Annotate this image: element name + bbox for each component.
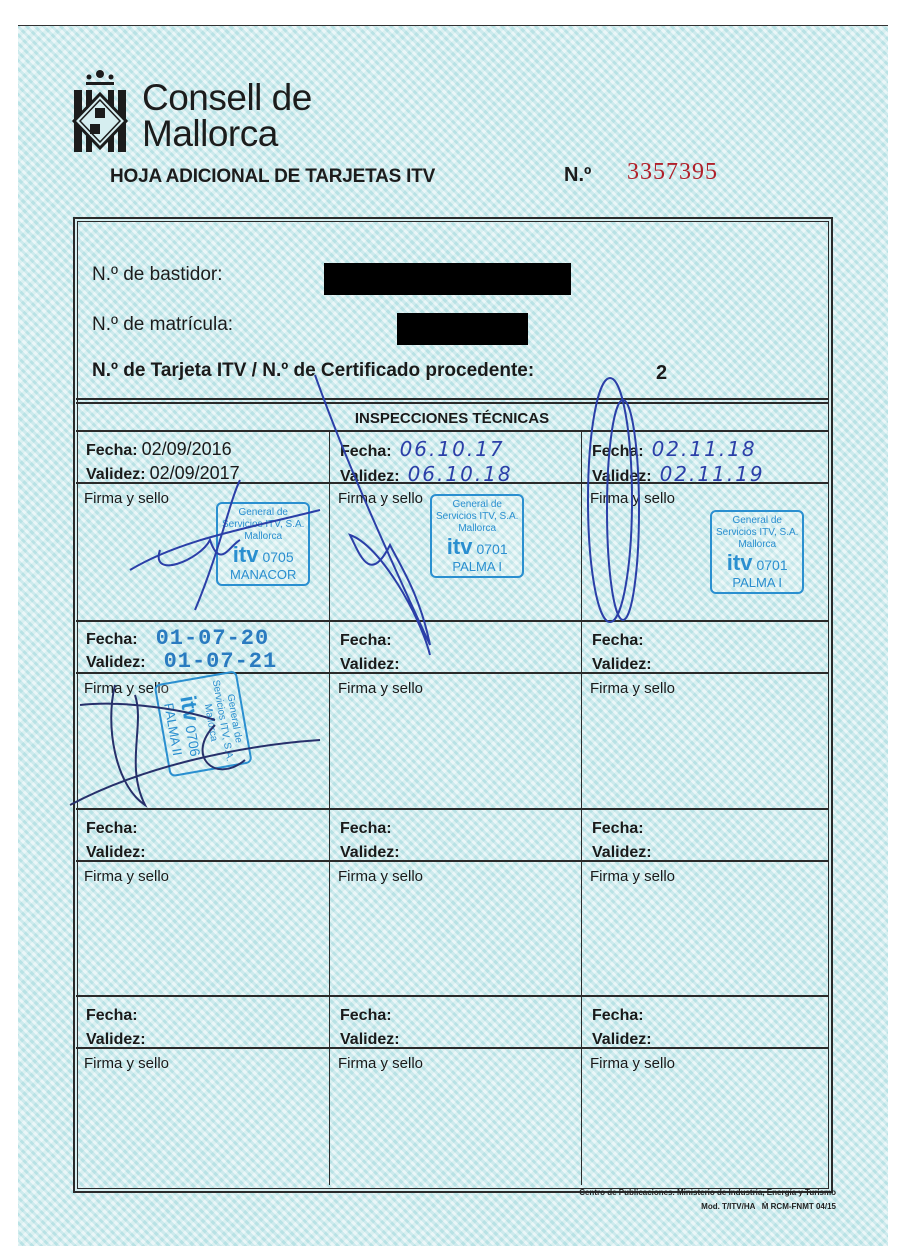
fecha-label: Fecha: bbox=[340, 1007, 392, 1024]
firma-label: Firma y sello bbox=[590, 490, 675, 507]
dates-block: Fecha:06.10.17 Validez:06.10.18 bbox=[340, 438, 513, 488]
itv-stamp: General de Servicios ITV, S.A. Mallorca … bbox=[710, 510, 804, 594]
firma-label: Firma y sello bbox=[338, 490, 423, 507]
validez-label: Validez: bbox=[86, 466, 146, 483]
serial-number-label: N.º bbox=[564, 164, 591, 187]
stamp-line-2: Servicios ITV, S.A. bbox=[222, 519, 304, 531]
stamp-line-2: Servicios ITV, S.A. bbox=[716, 527, 798, 539]
fnmt-mark-icon: M̊ bbox=[762, 1202, 769, 1211]
inspection-cell: Fecha:01-07-20 Validez:01-07-21 Firma y … bbox=[76, 622, 330, 808]
inspection-cell: Fecha: Validez: Firma y sello bbox=[330, 810, 582, 995]
divider bbox=[76, 398, 828, 400]
firma-label: Firma y sello bbox=[338, 868, 423, 885]
matricula-label: N.º de matrícula: bbox=[92, 314, 233, 336]
fecha-label: Fecha: bbox=[592, 632, 644, 649]
inspection-row: Fecha: Validez: Firma y sello Fecha: Val… bbox=[76, 997, 828, 1185]
validez-label: Validez: bbox=[86, 844, 146, 861]
divider bbox=[582, 860, 828, 862]
validez-value: 02/09/2017 bbox=[150, 463, 240, 483]
itv-logo-icon: itv0701 bbox=[436, 535, 518, 561]
fecha-value: 02/09/2016 bbox=[142, 439, 232, 459]
fecha-label: Fecha: bbox=[86, 820, 138, 837]
divider bbox=[76, 860, 329, 862]
inspection-row: Fecha: Validez: Firma y sello Fecha: Val… bbox=[76, 810, 828, 995]
dates-block: Fecha: Validez: bbox=[340, 628, 404, 676]
divider bbox=[76, 672, 329, 674]
validez-label: Validez: bbox=[592, 1031, 652, 1048]
itv-stamp: General de Servicios ITV, S.A. Mallorca … bbox=[154, 670, 253, 778]
inspection-row: Fecha:01-07-20 Validez:01-07-21 Firma y … bbox=[76, 622, 828, 808]
inspection-cell: Fecha: Validez: Firma y sello bbox=[330, 997, 582, 1185]
dates-block: Fecha:02/09/2016 Validez:02/09/2017 bbox=[86, 438, 240, 486]
firma-label: Firma y sello bbox=[590, 1055, 675, 1072]
firma-label: Firma y sello bbox=[84, 490, 169, 507]
brand-line-2: Mallorca bbox=[142, 116, 312, 152]
validez-value: 01-07-21 bbox=[164, 649, 278, 674]
validez-label: Validez: bbox=[592, 844, 652, 861]
stamp-line-1: General de bbox=[716, 515, 798, 527]
consell-de-mallorca-logo-icon bbox=[70, 68, 130, 156]
fecha-value: 06.10.17 bbox=[400, 437, 505, 461]
inspection-cell: Fecha: Validez: Firma y sello bbox=[582, 622, 828, 808]
divider bbox=[330, 672, 581, 674]
stamp-city: PALMA I bbox=[716, 577, 798, 589]
fecha-label: Fecha: bbox=[86, 1007, 138, 1024]
dates-block: Fecha: Validez: bbox=[592, 628, 656, 676]
inspection-cell: Fecha: Validez: Firma y sello bbox=[76, 997, 330, 1185]
itv-stamp: General de Servicios ITV, S.A. Mallorca … bbox=[216, 502, 310, 586]
stamp-line-1: General de bbox=[222, 507, 304, 519]
dates-block: Fecha: Validez: bbox=[592, 816, 656, 864]
publisher-footer: Centro de Publicaciones. Ministerio de I… bbox=[579, 1188, 836, 1197]
dates-block: Fecha:01-07-20 Validez:01-07-21 bbox=[86, 628, 277, 674]
fecha-label: Fecha: bbox=[340, 443, 392, 460]
fecha-label: Fecha: bbox=[340, 632, 392, 649]
inspection-cell: Fecha:02.11.18 Validez:02.11.19 Firma y … bbox=[582, 432, 828, 620]
procedente-value: 2 bbox=[656, 362, 667, 385]
matricula-value-redacted bbox=[397, 313, 528, 345]
dates-block: Fecha: Validez: bbox=[86, 816, 150, 864]
divider bbox=[330, 1047, 581, 1049]
validez-label: Validez: bbox=[592, 656, 652, 673]
document-title: HOJA ADICIONAL DE TARJETAS ITV bbox=[110, 166, 435, 188]
inspection-cell: Fecha: Validez: Firma y sello bbox=[582, 997, 828, 1185]
stamp-line-2: Servicios ITV, S.A. bbox=[436, 511, 518, 523]
inspection-cell: Fecha:02/09/2016 Validez:02/09/2017 Firm… bbox=[76, 432, 330, 620]
firma-label: Firma y sello bbox=[84, 1055, 169, 1072]
firma-label: Firma y sello bbox=[338, 680, 423, 697]
stamp-city: PALMA I bbox=[436, 561, 518, 573]
fecha-label: Fecha: bbox=[592, 1007, 644, 1024]
bastidor-value-redacted bbox=[324, 263, 571, 295]
divider bbox=[76, 402, 828, 404]
inspections-title: INSPECCIONES TÉCNICAS bbox=[76, 410, 828, 427]
stamp-city: MANACOR bbox=[222, 569, 304, 581]
stamp-code: 0701 bbox=[476, 541, 507, 557]
dates-block: Fecha: Validez: bbox=[86, 1003, 150, 1051]
firma-label: Firma y sello bbox=[590, 868, 675, 885]
inspection-cell: Fecha: Validez: Firma y sello bbox=[330, 622, 582, 808]
dates-block: Fecha:02.11.18 Validez:02.11.19 bbox=[592, 438, 765, 488]
procedente-label: N.º de Tarjeta ITV / N.º de Certificado … bbox=[92, 360, 534, 382]
dates-block: Fecha: Validez: bbox=[592, 1003, 656, 1051]
fecha-label: Fecha: bbox=[340, 820, 392, 837]
inspection-cell: Fecha:06.10.17 Validez:06.10.18 Firma y … bbox=[330, 432, 582, 620]
fecha-label: Fecha: bbox=[86, 631, 138, 648]
fecha-label: Fecha: bbox=[86, 442, 138, 459]
inspection-row: Fecha:02/09/2016 Validez:02/09/2017 Firm… bbox=[76, 432, 828, 620]
stamp-code: 0705 bbox=[262, 549, 293, 565]
inspection-cell: Fecha: Validez: Firma y sello bbox=[76, 810, 330, 995]
brand-line-1: Consell de bbox=[142, 80, 312, 116]
fecha-value: 01-07-20 bbox=[156, 626, 270, 651]
dates-block: Fecha: Validez: bbox=[340, 816, 404, 864]
bastidor-label: N.º de bastidor: bbox=[92, 264, 223, 286]
model-code: Mod. T/ITV/HA bbox=[701, 1202, 755, 1211]
divider bbox=[76, 1047, 329, 1049]
divider bbox=[330, 860, 581, 862]
itv-logo-icon: itv0705 bbox=[222, 543, 304, 569]
divider bbox=[582, 482, 828, 484]
stamp-code: 0701 bbox=[756, 557, 787, 573]
divider bbox=[582, 1047, 828, 1049]
validez-label: Validez: bbox=[86, 654, 146, 671]
brand-name: Consell de Mallorca bbox=[142, 80, 312, 152]
dates-block: Fecha: Validez: bbox=[340, 1003, 404, 1051]
itv-stamp: General de Servicios ITV, S.A. Mallorca … bbox=[430, 494, 524, 578]
fecha-value: 02.11.18 bbox=[652, 437, 757, 461]
inspection-cell: Fecha: Validez: Firma y sello bbox=[582, 810, 828, 995]
firma-label: Firma y sello bbox=[84, 868, 169, 885]
stamp-line-1: General de bbox=[436, 499, 518, 511]
fecha-label: Fecha: bbox=[592, 443, 644, 460]
divider bbox=[582, 672, 828, 674]
divider bbox=[330, 482, 581, 484]
validez-label: Validez: bbox=[340, 1031, 400, 1048]
validez-label: Validez: bbox=[340, 656, 400, 673]
firma-label: Firma y sello bbox=[338, 1055, 423, 1072]
divider bbox=[76, 482, 329, 484]
fecha-label: Fecha: bbox=[592, 820, 644, 837]
firma-label: Firma y sello bbox=[590, 680, 675, 697]
itv-logo-icon: itv0701 bbox=[716, 551, 798, 577]
print-code: RCM-FNMT 04/15 bbox=[771, 1202, 836, 1211]
model-footer: Mod. T/ITV/HA M̊ RCM-FNMT 04/15 bbox=[701, 1202, 836, 1211]
serial-number: 3357395 bbox=[627, 159, 718, 186]
validez-label: Validez: bbox=[86, 1031, 146, 1048]
validez-label: Validez: bbox=[340, 844, 400, 861]
stamp-code: 0706 bbox=[182, 724, 203, 757]
